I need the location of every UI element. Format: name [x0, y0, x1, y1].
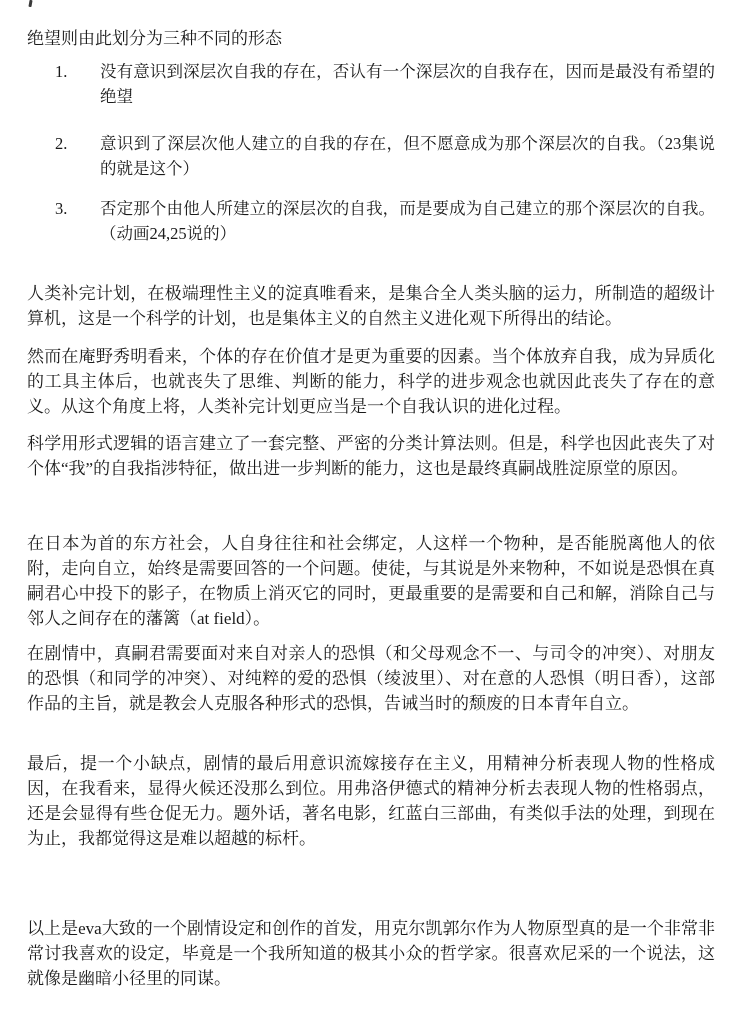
list-item-2: 2. 意识到了深层次他人建立的自我的存在，但不愿意成为那个深层次的自我。（23集…	[27, 131, 715, 181]
paragraph-anno-individual-value: 然而在庵野秀明看来，个体的存在价值才是更为重要的因素。当个体放弃自我，成为异质化…	[27, 344, 715, 419]
list-item-3-number: 3.	[27, 196, 100, 246]
paragraph-plot-fears: 在剧情中，真嗣君需要面对来自对亲人的恐惧（和父母观念不一、与司令的冲突）、对朋友…	[27, 641, 715, 716]
document-page: 绝望则由此划分为三种不同的形态 1. 没有意识到深层次自我的存在，否认有一个深层…	[0, 0, 742, 1024]
despair-forms-list: 1. 没有意识到深层次自我的存在，否认有一个深层次的自我存在，因而是最没有希望的…	[27, 59, 715, 246]
paragraph-formal-logic: 科学用形式逻辑的语言建立了一套完整、严密的分类计算法则。但是，科学也因此丧失了对…	[27, 431, 715, 481]
list-item-1: 1. 没有意识到深层次自我的存在，否认有一个深层次的自我存在，因而是最没有希望的…	[27, 59, 715, 109]
list-item-2-number: 2.	[27, 131, 100, 181]
list-item-1-number: 1.	[27, 59, 100, 109]
paragraph-eastern-society: 在日本为首的东方社会，人自身往往和社会绑定，人这样一个物种，是否能脱离他人的依附…	[27, 531, 715, 631]
list-item-3: 3. 否定那个由他人所建立的深层次的自我，而是要成为自己建立的那个深层次的自我。…	[27, 196, 715, 246]
list-item-3-text: 否定那个由他人所建立的深层次的自我，而是要成为自己建立的那个深层次的自我。（动画…	[100, 196, 715, 246]
cropped-character-fragment	[28, 0, 32, 7]
paragraph-conclusion: 以上是eva大致的一个剧情设定和创作的首发，用克尔凯郭尔作为人物原型真的是一个非…	[27, 916, 715, 991]
list-item-2-text: 意识到了深层次他人建立的自我的存在，但不愿意成为那个深层次的自我。（23集说的就…	[100, 131, 715, 181]
intro-line: 绝望则由此划分为三种不同的形态	[27, 26, 715, 51]
paragraph-instrumentality-project: 人类补完计划，在极端理性主义的淀真唯看来，是集合全人类头脑的运力，所制造的超级计…	[27, 281, 715, 331]
paragraph-minor-flaw: 最后，提一个小缺点，剧情的最后用意识流嫁接存在主义，用精神分析表现人物的性格成因…	[27, 751, 715, 851]
document-content: 绝望则由此划分为三种不同的形态 1. 没有意识到深层次自我的存在，否认有一个深层…	[0, 26, 742, 991]
list-item-1-text: 没有意识到深层次自我的存在，否认有一个深层次的自我存在，因而是最没有希望的绝望	[100, 59, 715, 109]
